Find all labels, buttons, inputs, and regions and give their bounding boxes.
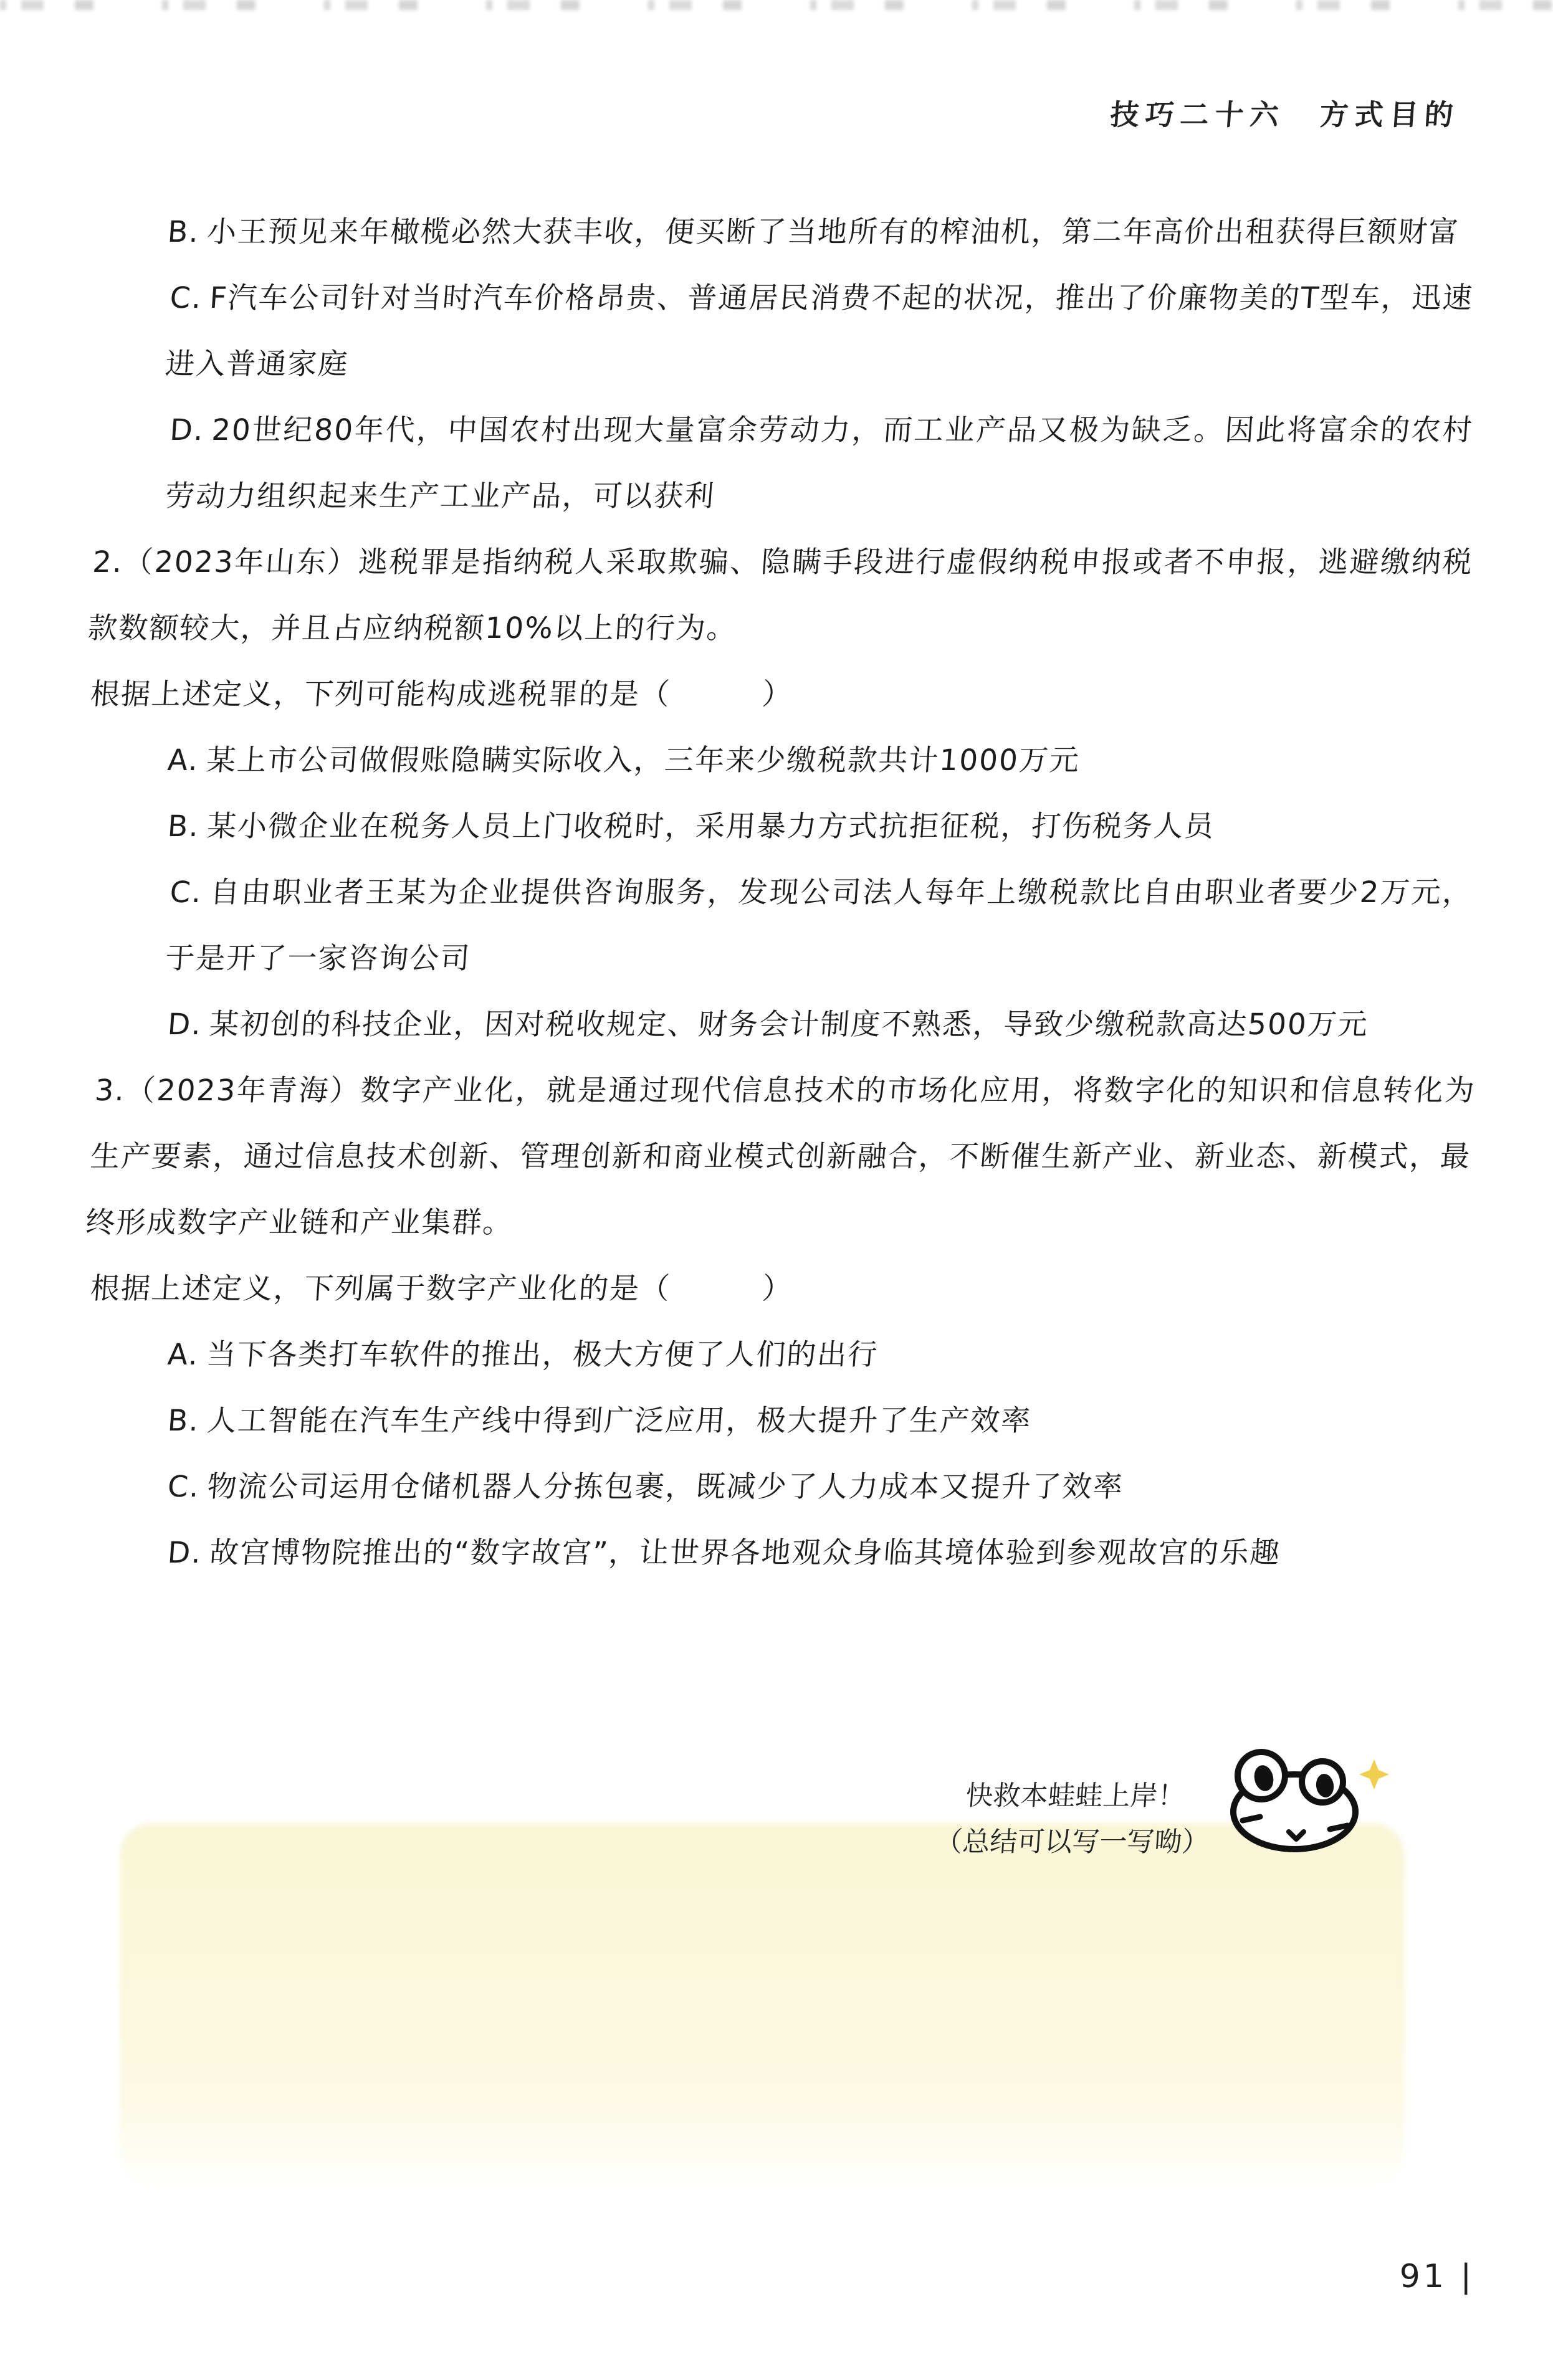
q3-prompt: 根据上述定义，下列属于数字产业化的是（ ） bbox=[88, 1256, 1473, 1322]
q1-option-c: C.F汽车公司针对当时汽车价格昂贵、普通居民消费不起的状况，推出了价廉物美的T型… bbox=[86, 265, 1476, 397]
option-label: D. bbox=[169, 413, 206, 447]
q2-option-c: C.自由职业者王某为企业提供咨询服务，发现公司法人每年上缴税款比自由职业者要少2… bbox=[86, 860, 1476, 992]
page-number: 91 | bbox=[1400, 2258, 1474, 2295]
option-text: 物流公司运用仓储机器人分拣包裹，既减少了人力成本又提升了效率 bbox=[206, 1470, 1125, 1504]
page-content: B.小王预见来年橄榄必然大获丰收，便买断了当地所有的榨油机，第二年高价出租获得巨… bbox=[90, 199, 1471, 1586]
option-text: 小王预见来年橄榄必然大获丰收，便买断了当地所有的榨油机，第二年高价出租获得巨额财… bbox=[206, 215, 1460, 249]
q2-option-a: A.某上市公司做假账隐瞒实际收入，三年来少缴税款共计1000万元 bbox=[88, 728, 1473, 794]
workbook-page: 技巧二十六 方式目的 B.小王预见来年橄榄必然大获丰收，便买断了当地所有的榨油机… bbox=[0, 0, 1553, 2380]
q3-stem: 3.（2023年青海）数字产业化，就是通过现代信息技术的市场化应用，将数字化的知… bbox=[84, 1058, 1478, 1256]
option-label: B. bbox=[166, 809, 201, 844]
option-text: 故宫博物院推出的“数字故宫”，让世界各地观众身临其境体验到参观故宫的乐趣 bbox=[208, 1536, 1282, 1570]
option-text: F汽车公司针对当时汽车价格昂贵、普通居民消费不起的状况，推出了价廉物美的T型车，… bbox=[164, 281, 1474, 381]
q3-option-a: A.当下各类打车软件的推出，极大方便了人们的出行 bbox=[88, 1322, 1473, 1388]
q3-option-b: B.人工智能在汽车生产线中得到广泛应用，极大提升了生产效率 bbox=[88, 1388, 1473, 1454]
q2-option-d: D.某初创的科技企业，因对税收规定、财务会计制度不熟悉，导致少缴税款高达500万… bbox=[88, 992, 1473, 1058]
option-label: C. bbox=[166, 1470, 201, 1504]
q3-option-d: D.故宫博物院推出的“数字故宫”，让世界各地观众身临其境体验到参观故宫的乐趣 bbox=[88, 1520, 1473, 1586]
option-text: 某初创的科技企业，因对税收规定、财务会计制度不熟悉，导致少缴税款高达500万元 bbox=[208, 1007, 1370, 1042]
option-label: C. bbox=[169, 875, 204, 910]
notes-highlight-area bbox=[120, 1823, 1405, 2191]
option-text: 当下各类打车软件的推出，极大方便了人们的出行 bbox=[205, 1338, 879, 1372]
option-label: D. bbox=[166, 1536, 203, 1570]
option-label: C. bbox=[169, 281, 204, 315]
frog-left-cheek bbox=[1243, 1817, 1260, 1821]
scan-artifact-top bbox=[0, 0, 1553, 10]
option-text: 某小微企业在税务人员上门收税时，采用暴力方式抗拒征税，打伤税务人员 bbox=[206, 809, 1216, 844]
frog-note: 快救本蛙蛙上岸！ （总结可以写一写呦） bbox=[918, 1773, 1230, 1865]
option-text: 自由职业者王某为企业提供咨询服务，发现公司法人每年上缴税款比自由职业者要少2万元… bbox=[164, 875, 1474, 976]
note-text-line2: （总结可以写一写呦） bbox=[918, 1819, 1226, 1865]
option-text: 人工智能在汽车生产线中得到广泛应用，极大提升了生产效率 bbox=[206, 1404, 1033, 1438]
sparkle-icon bbox=[1359, 1759, 1389, 1789]
page-header-title: 技巧二十六 方式目的 bbox=[1109, 92, 1461, 133]
q1-option-d: D.20世纪80年代，中国农村出现大量富余劳动力，而工业产品又极为缺乏。因此将富… bbox=[86, 397, 1476, 530]
q3-option-c: C.物流公司运用仓储机器人分拣包裹，既减少了人力成本又提升了效率 bbox=[88, 1454, 1473, 1520]
q2-prompt: 根据上述定义，下列可能构成逃税罪的是（ ） bbox=[88, 662, 1473, 728]
option-text: 某上市公司做假账隐瞒实际收入，三年来少缴税款共计1000万元 bbox=[205, 743, 1081, 778]
option-label: B. bbox=[166, 215, 201, 249]
option-label: A. bbox=[166, 1338, 200, 1372]
option-label: A. bbox=[166, 743, 200, 778]
q2-stem: 2.（2023年山东）逃税罪是指纳税人采取欺骗、隐瞒手段进行虚假纳税申报或者不申… bbox=[86, 530, 1476, 662]
frog-doodle-icon bbox=[1229, 1748, 1391, 1854]
q1-option-b: B.小王预见来年橄榄必然大获丰收，便买断了当地所有的榨油机，第二年高价出租获得巨… bbox=[88, 199, 1473, 265]
frog-right-cheek bbox=[1330, 1825, 1347, 1829]
q2-option-b: B.某小微企业在税务人员上门收税时，采用暴力方式抗拒征税，打伤税务人员 bbox=[88, 794, 1473, 860]
option-label: B. bbox=[166, 1404, 201, 1438]
option-label: D. bbox=[166, 1007, 203, 1042]
option-text: 20世纪80年代，中国农村出现大量富余劳动力，而工业产品又极为缺乏。因此将富余的… bbox=[164, 413, 1474, 513]
note-text-line1: 快救本蛙蛙上岸！ bbox=[921, 1773, 1230, 1819]
